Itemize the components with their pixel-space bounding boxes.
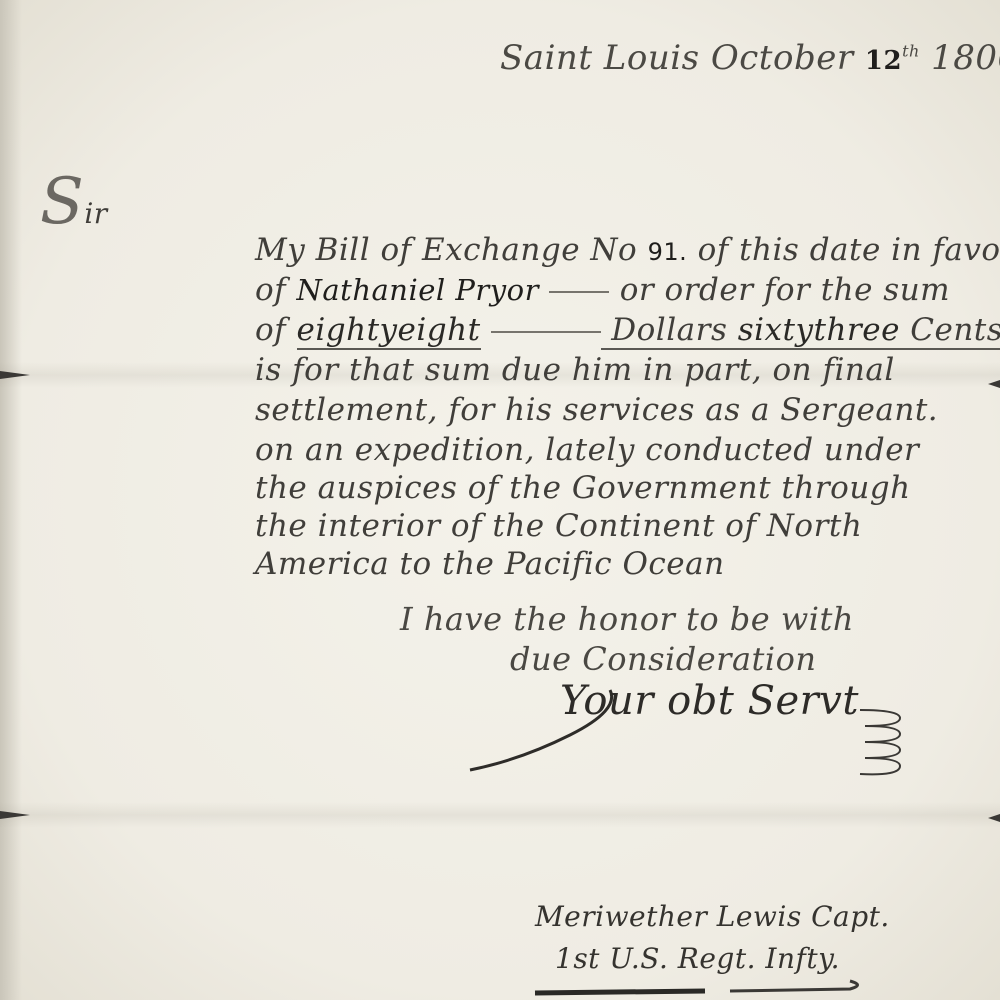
payee-name: Nathaniel Pryor xyxy=(297,273,539,307)
body-text: of xyxy=(255,312,297,348)
dollars-label: Dollars xyxy=(601,312,738,350)
bill-number: 91. xyxy=(648,238,688,266)
number-label: No xyxy=(590,232,637,268)
blank-rule xyxy=(491,331,601,333)
signature-underline-flourish xyxy=(530,975,870,1000)
cents-label: Cents xyxy=(900,312,1000,350)
fold-mark-right-upper xyxy=(988,380,1000,388)
closing-line-1: I have the honor to be with xyxy=(400,600,854,638)
body-line-6: on an expedition, lately conducted under xyxy=(255,432,919,468)
fold-mark-left-lower xyxy=(0,811,30,819)
body-line-1: My Bill of Exchange No 91. of this date … xyxy=(255,232,1000,268)
dateline-place: Saint Louis xyxy=(500,38,700,78)
dateline: Saint Louis October 12th 1806 xyxy=(500,38,1000,78)
dateline-year: 1806 xyxy=(931,38,1000,78)
dateline-day: 12 xyxy=(865,46,902,76)
body-line-7: the auspices of the Government through xyxy=(255,470,911,506)
signoff-flourish xyxy=(460,680,940,790)
closing-line-2: due Consideration xyxy=(510,640,816,678)
body-text: My Bill of Exchange xyxy=(255,232,590,268)
body-line-5: settlement, for his services as a Sergea… xyxy=(255,392,938,428)
blank-rule xyxy=(549,291,609,293)
body-line-4: is for that sum due him in part, on fina… xyxy=(255,352,895,388)
fold-line-lower xyxy=(0,802,1000,828)
fold-mark-left-upper xyxy=(0,371,30,379)
signature-name: Meriwether Lewis Capt. xyxy=(535,900,890,933)
amount-dollars: eightyeight xyxy=(297,312,481,350)
body-text: of this date in favour xyxy=(687,232,1000,268)
signature-title: 1st U.S. Regt. Infty. xyxy=(555,942,840,975)
salutation: Sir xyxy=(40,165,108,239)
salutation-suffix: ir xyxy=(84,197,107,230)
body-text: of xyxy=(255,272,297,308)
salutation-initial: S xyxy=(40,165,84,239)
body-line-3: of eightyeight Dollars sixtythree Cents xyxy=(255,312,1000,348)
body-text: or order for the sum xyxy=(609,272,950,308)
page-edge-shadow xyxy=(0,0,22,1000)
body-line-9: America to the Pacific Ocean xyxy=(255,546,725,582)
letter-page: Saint Louis October 12th 1806 Sir My Bil… xyxy=(0,0,1000,1000)
amount-cents: sixtythree xyxy=(738,312,900,350)
dateline-month: October xyxy=(711,38,854,78)
body-line-2: of Nathaniel Pryor or order for the sum xyxy=(255,272,950,308)
fold-mark-right-lower xyxy=(988,814,1000,822)
body-line-8: the interior of the Continent of North xyxy=(255,508,862,544)
dateline-day-suffix: th xyxy=(902,42,920,61)
